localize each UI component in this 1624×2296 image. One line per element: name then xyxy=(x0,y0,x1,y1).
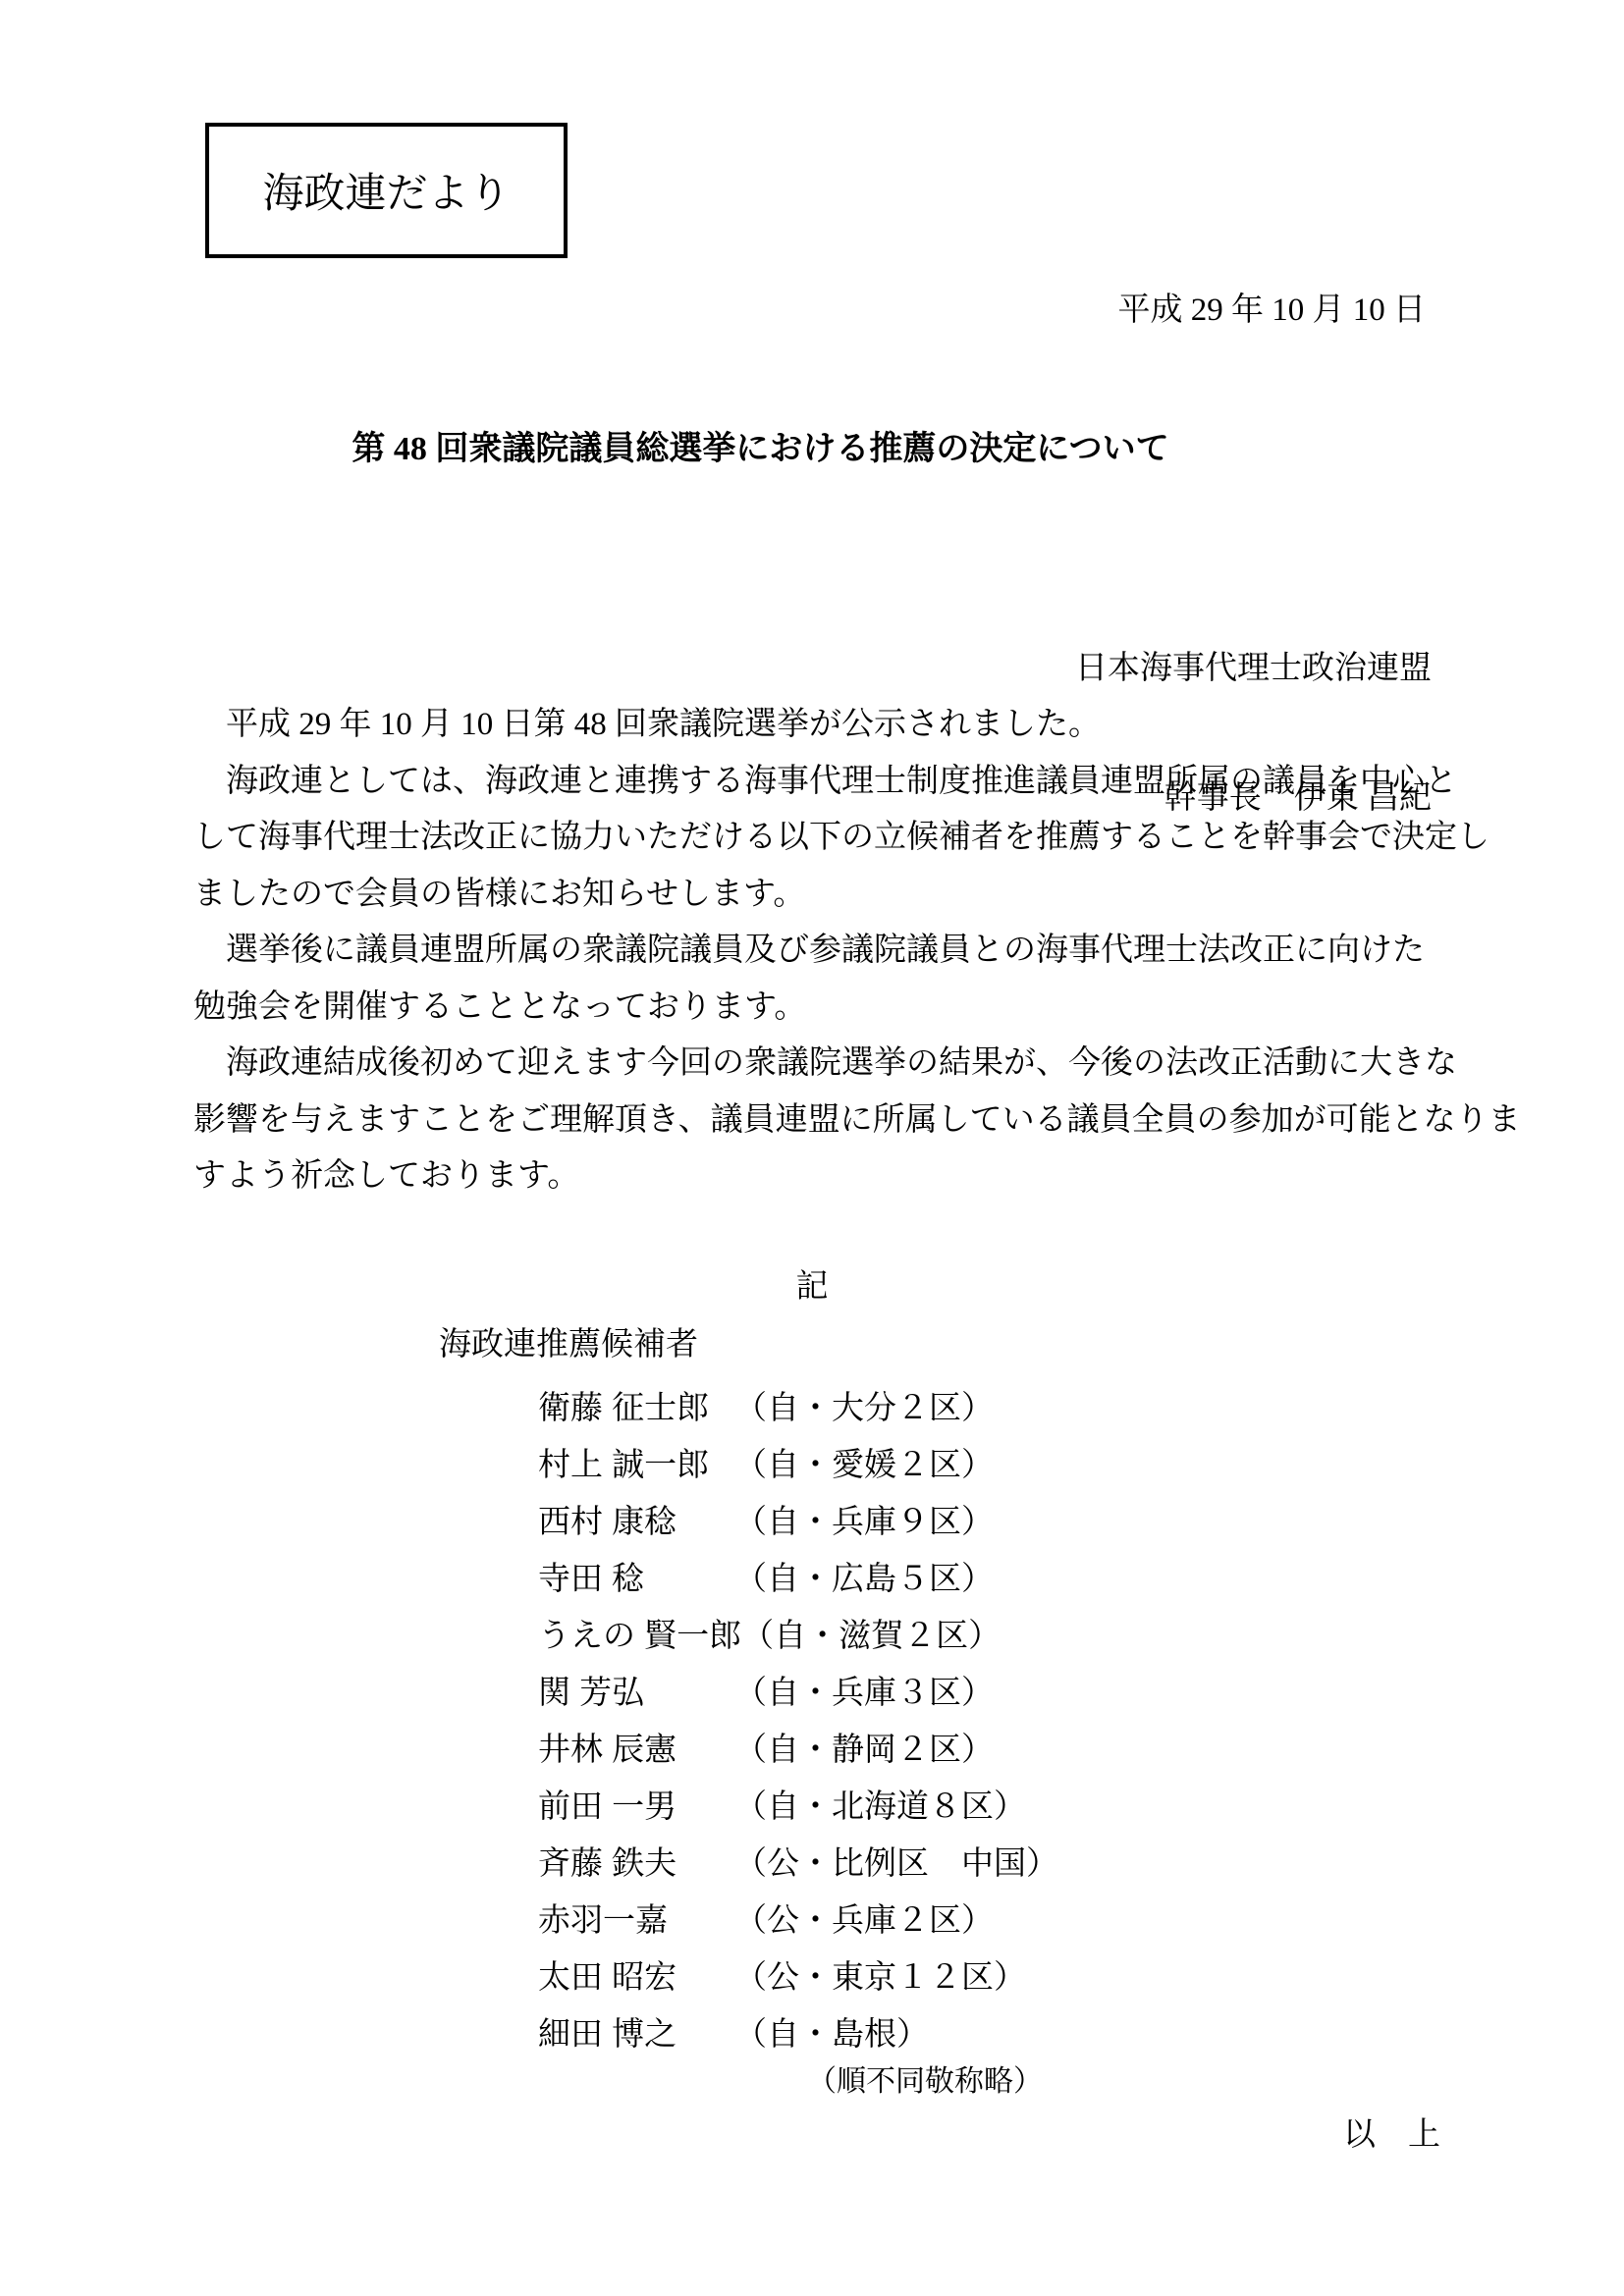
candidate-row: 斉藤 鉄夫（公・比例区 中国） xyxy=(538,1835,1058,1892)
candidate-row: 細田 博之（自・島根） xyxy=(538,2005,1058,2062)
candidate-affiliation: （自・兵庫９区） xyxy=(734,1493,994,1550)
document-title: 第 48 回衆議院議員総選挙における推薦の決定について xyxy=(193,421,1327,469)
candidate-affiliation: （自・滋賀２区） xyxy=(741,1607,1001,1664)
candidate-row: 西村 康稔（自・兵庫９区） xyxy=(538,1493,1058,1550)
body-paragraph: 海政連としては、海政連と連携する海事代理士制度推進議員連盟所属の議員を中心と し… xyxy=(193,754,1521,924)
candidate-name: 赤羽一嘉 xyxy=(538,1892,734,1949)
candidate-row: 前田 一男（自・北海道８区） xyxy=(538,1778,1058,1835)
candidate-affiliation: （自・大分２区） xyxy=(734,1379,994,1436)
newsletter-title: 海政連だより xyxy=(262,161,510,220)
candidate-row: 村上 誠一郎（自・愛媛２区） xyxy=(538,1436,1058,1493)
candidate-name: 関 芳弘 xyxy=(538,1664,734,1721)
candidate-affiliation: （自・島根） xyxy=(734,2005,929,2062)
candidate-name: 斉藤 鉄夫 xyxy=(538,1835,734,1892)
candidate-row: 井林 辰憲（自・静岡２区） xyxy=(538,1721,1058,1778)
organization-name: 日本海事代理士政治連盟 xyxy=(1075,647,1432,690)
candidate-affiliation: （自・愛媛２区） xyxy=(734,1436,994,1493)
record-marker: 記 xyxy=(193,1259,1431,1316)
candidate-list-header: 海政連推薦候補者 xyxy=(439,1324,698,1363)
body-paragraph: 海政連結成後初めて迎えます今回の衆議院選挙の結果が、今後の法改正活動に大きな 影… xyxy=(193,1036,1521,1205)
candidate-affiliation: （自・広島５区） xyxy=(734,1550,994,1607)
candidate-name: 寺田 稔 xyxy=(538,1550,734,1607)
candidate-name: 細田 博之 xyxy=(538,2005,734,2062)
candidate-affiliation: （公・比例区 中国） xyxy=(734,1835,1058,1892)
candidate-row: 衛藤 征士郎（自・大分２区） xyxy=(538,1379,1058,1436)
candidate-affiliation: （自・静岡２区） xyxy=(734,1721,994,1778)
candidate-name: 前田 一男 xyxy=(538,1778,734,1835)
candidate-affiliation: （自・北海道８区） xyxy=(734,1778,1026,1835)
body-paragraph: 選挙後に議員連盟所属の衆議院議員及び参議院議員との海事代理士法改正に向けた 勉強… xyxy=(193,923,1521,1036)
document-date: 平成 29 年 10 月 10 日 xyxy=(1118,284,1427,330)
candidate-name: 井林 辰憲 xyxy=(538,1721,734,1778)
body-text: 平成 29 年 10 月 10 日第 48 回衆議院選挙が公示されました。 海政… xyxy=(193,697,1521,1205)
order-note: （順不同敬称略） xyxy=(807,2062,1043,2102)
candidate-affiliation: （公・東京１２区） xyxy=(734,1949,1026,2005)
candidate-name: うえの 賢一郎 xyxy=(538,1607,741,1664)
candidate-row: 太田 昭宏（公・東京１２区） xyxy=(538,1949,1058,2005)
document-page: 海政連だより 平成 29 年 10 月 10 日 第 48 回衆議院議員総選挙に… xyxy=(0,0,1624,2296)
candidate-affiliation: （公・兵庫２区） xyxy=(734,1892,994,1949)
candidate-name: 村上 誠一郎 xyxy=(538,1436,734,1493)
newsletter-title-box: 海政連だより xyxy=(205,123,568,258)
candidate-name: 太田 昭宏 xyxy=(538,1949,734,2005)
candidate-row: うえの 賢一郎（自・滋賀２区） xyxy=(538,1607,1058,1664)
body-paragraph: 平成 29 年 10 月 10 日第 48 回衆議院選挙が公示されました。 xyxy=(193,697,1521,754)
candidate-row: 関 芳弘（自・兵庫３区） xyxy=(538,1664,1058,1721)
closing-mark: 以 上 xyxy=(1343,2115,1440,2155)
candidate-row: 寺田 稔（自・広島５区） xyxy=(538,1550,1058,1607)
candidate-name: 西村 康稔 xyxy=(538,1493,734,1550)
candidate-row: 赤羽一嘉（公・兵庫２区） xyxy=(538,1892,1058,1949)
candidate-list: 衛藤 征士郎（自・大分２区）村上 誠一郎（自・愛媛２区）西村 康稔（自・兵庫９区… xyxy=(538,1379,1058,2062)
candidate-affiliation: （自・兵庫３区） xyxy=(734,1664,994,1721)
candidate-name: 衛藤 征士郎 xyxy=(538,1379,734,1436)
